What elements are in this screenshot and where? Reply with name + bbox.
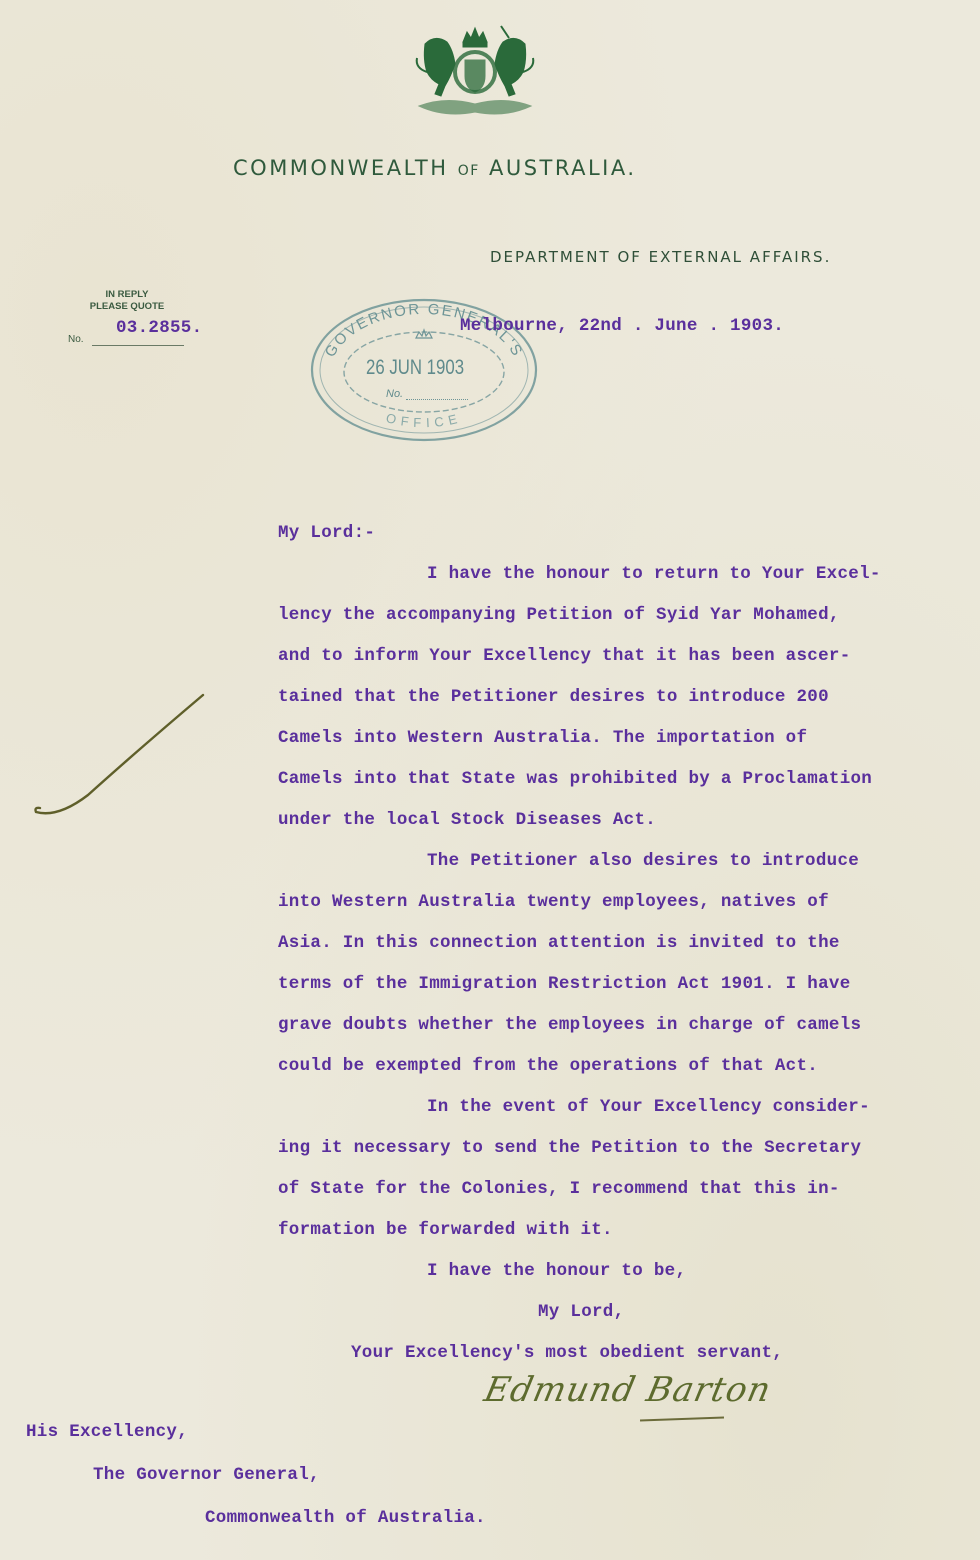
addressee-line1: His Excellency,	[26, 1422, 188, 1442]
svg-text:OFFICE: OFFICE	[385, 410, 464, 430]
stamp-no-line	[406, 399, 468, 400]
body-line: and to inform Your Excellency that it ha…	[278, 646, 851, 666]
addressee-line3: Commonwealth of Australia.	[205, 1508, 486, 1528]
stamp-bottom-text: OFFICE	[385, 410, 464, 430]
reference-number: 03.2855.	[116, 318, 202, 338]
body-line: Camels into Western Australia. The impor…	[278, 728, 807, 748]
closing-line2: My Lord,	[538, 1302, 624, 1322]
body-line: Camels into that State was prohibited by…	[278, 769, 872, 789]
body-line: In the event of Your Excellency consider…	[427, 1097, 870, 1117]
closing-line1: I have the honour to be,	[427, 1261, 686, 1281]
body-line: under the local Stock Diseases Act.	[278, 810, 656, 830]
body-line: I have the honour to return to Your Exce…	[427, 564, 881, 584]
body-line: tained that the Petitioner desires to in…	[278, 687, 829, 707]
signature: Edmund Barton	[481, 1370, 775, 1410]
title-of: OF	[458, 163, 480, 179]
title-commonwealth: COMMONWEALTH	[233, 156, 449, 180]
coat-of-arms-icon	[405, 24, 545, 124]
body-line: The Petitioner also desires to introduce	[427, 851, 859, 871]
salutation: My Lord:-	[278, 523, 375, 543]
department-name: DEPARTMENT OF EXTERNAL AFFAIRS.	[490, 248, 831, 266]
body-line: formation be forwarded with it.	[278, 1220, 613, 1240]
place-date: Melbourne, 22nd . June . 1903.	[460, 316, 784, 336]
letterhead-title: COMMONWEALTH OF AUSTRALIA.	[233, 156, 637, 180]
body-line: could be exempted from the operations of…	[278, 1056, 818, 1076]
stamp-date: 26 JUN 1903	[366, 356, 464, 380]
reply-no-underline	[92, 345, 184, 346]
pencil-tick-mark-icon	[28, 690, 208, 820]
title-australia: AUSTRALIA.	[489, 156, 637, 180]
reply-line2: PLEASE QUOTE	[72, 301, 182, 313]
body-line: of State for the Colonies, I recommend t…	[278, 1179, 840, 1199]
body-line: into Western Australia twenty employees,…	[278, 892, 829, 912]
letter-page: COMMONWEALTH OF AUSTRALIA. DEPARTMENT OF…	[0, 0, 980, 1560]
body-line: ing it necessary to send the Petition to…	[278, 1138, 861, 1158]
reply-no-label: No.	[68, 334, 84, 345]
body-line: terms of the Immigration Restriction Act…	[278, 974, 851, 994]
reply-label: IN REPLY PLEASE QUOTE	[72, 289, 182, 313]
closing-line3: Your Excellency's most obedient servant,	[351, 1343, 783, 1363]
body-line: grave doubts whether the employees in ch…	[278, 1015, 861, 1035]
body-line: lency the accompanying Petition of Syid …	[278, 605, 840, 625]
reply-line1: IN REPLY	[72, 289, 182, 301]
body-line: Asia. In this connection attention is in…	[278, 933, 840, 953]
signature-underline	[640, 1417, 724, 1422]
stamp-no-label: No.	[386, 388, 403, 400]
addressee-line2: The Governor General,	[93, 1465, 320, 1485]
